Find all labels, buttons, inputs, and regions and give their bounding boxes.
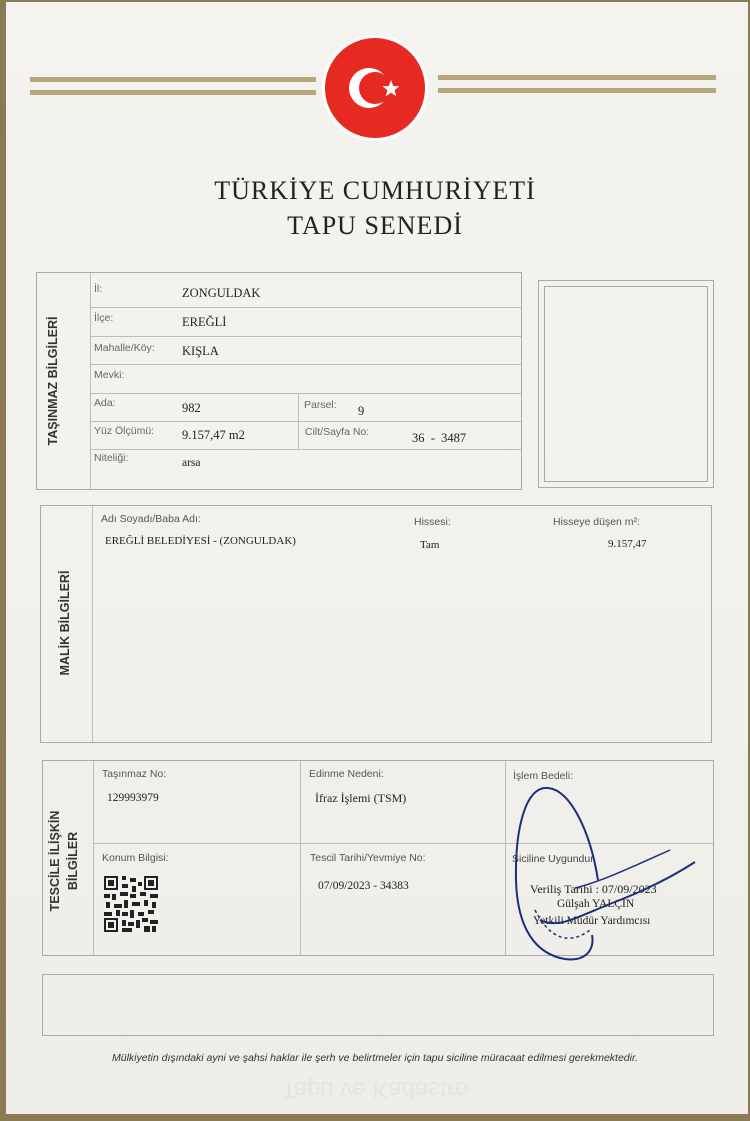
konum-bilgisi-label: Konum Bilgisi:: [102, 852, 169, 864]
mahalle-value: KIŞLA: [182, 344, 219, 359]
gold-band-right-top: [438, 75, 716, 80]
divider: [298, 393, 299, 450]
annotations-box: [42, 974, 714, 1036]
signature-icon: [480, 770, 720, 970]
ilce-value: EREĞLİ: [182, 315, 226, 330]
edinme-nedeni-label: Edinme Nedeni:: [309, 768, 384, 780]
divider: [91, 336, 521, 337]
il-value: ZONGULDAK: [182, 286, 260, 301]
mevki-label: Mevki:: [94, 369, 124, 381]
owner-share-label: Hissesi:: [414, 516, 451, 528]
divider: [92, 506, 93, 742]
owner-share: Tam: [420, 539, 439, 551]
title-line1: TÜRKİYE CUMHURİYETİ: [0, 176, 750, 206]
divider: [91, 364, 521, 365]
cilt-sayfa-value: 36 - 3487: [412, 431, 466, 446]
yuz-olcumu-label: Yüz Ölçümü:: [94, 425, 154, 437]
nitelik-label: Niteliği:: [94, 452, 128, 464]
owner-name-label: Adı Soyadı/Baba Adı:: [101, 513, 201, 525]
yuz-olcumu-value: 9.157,47 m2: [182, 428, 245, 443]
tasinmaz-section-title: TAŞINMAZ BİLGİLERİ: [46, 301, 60, 461]
divider: [90, 273, 91, 489]
edinme-nedeni-value: İfraz İşlemi (TSM): [315, 791, 406, 806]
tescil-tarihi-value: 07/09/2023 - 34383: [318, 880, 409, 892]
crescent-star-icon: [325, 38, 425, 138]
owner-area-label: Hisseye düşen m²:: [553, 516, 640, 528]
photo-frame-inner: [544, 286, 708, 482]
ilce-label: İlçe:: [94, 312, 113, 324]
tescil-section-title-line2: BİLGİLER: [66, 806, 80, 916]
parsel-label: Parsel:: [304, 399, 337, 411]
divider: [91, 393, 521, 394]
nitelik-value: arsa: [182, 457, 201, 469]
ada-label: Ada:: [94, 397, 116, 409]
divider: [91, 449, 521, 450]
watermark-text: Tapu ve Kadastro: [0, 1075, 750, 1103]
tasinmaz-no-label: Taşınmaz No:: [102, 768, 166, 780]
cilt-sayfa-label: Cilt/Sayfa No:: [305, 426, 369, 438]
owner-area: 9.157,47: [608, 538, 647, 550]
gold-band-left-top: [30, 77, 316, 82]
turkish-crescent-star-emblem: [322, 35, 428, 141]
qr-code-icon: [104, 876, 158, 932]
tescil-section-title-line1: TESCİLE İLİŞKİN: [48, 806, 62, 916]
malik-section-title: MALİK BİLGİLERİ: [58, 553, 72, 693]
gold-band-left-bottom: [30, 90, 316, 95]
gold-band-right-bottom: [438, 88, 716, 93]
mahalle-label: Mahalle/Köy:: [94, 342, 155, 354]
footer-note: Mülkiyetin dışındaki ayni ve şahsi hakla…: [0, 1052, 750, 1064]
tescil-tarihi-label: Tescil Tarihi/Yevmiye No:: [310, 852, 426, 864]
divider: [91, 307, 521, 308]
divider: [300, 761, 301, 955]
owner-name: EREĞLİ BELEDİYESİ - (ZONGULDAK): [105, 535, 296, 547]
divider: [93, 761, 94, 955]
divider: [91, 421, 521, 422]
il-label: İl:: [94, 283, 102, 295]
tasinmaz-no-value: 129993979: [107, 792, 159, 804]
parsel-value: 9: [358, 404, 364, 419]
title-line2: TAPU SENEDİ: [0, 211, 750, 241]
ada-value: 982: [182, 401, 201, 416]
